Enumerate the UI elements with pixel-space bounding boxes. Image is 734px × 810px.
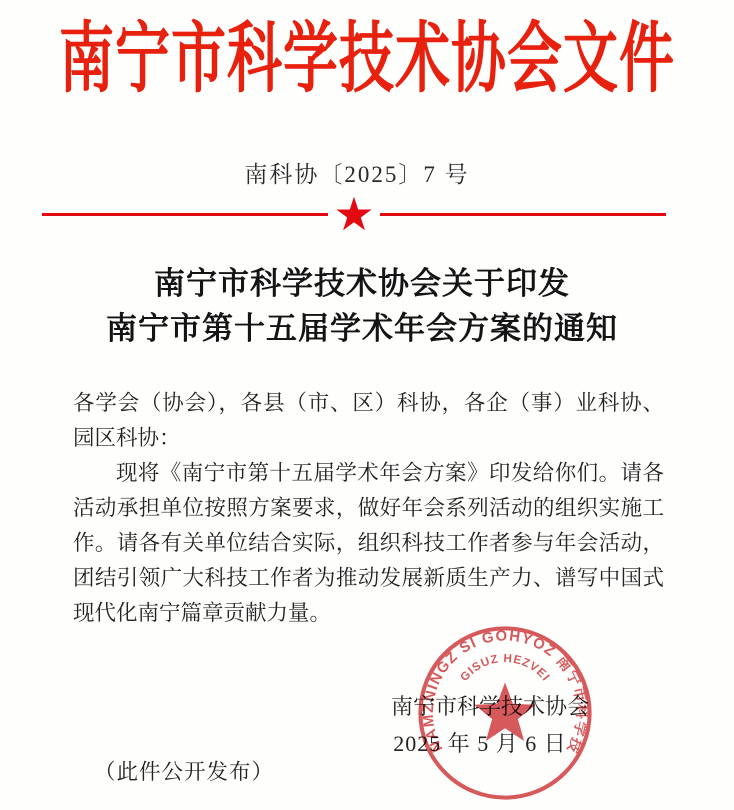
document-number: 南科协〔2025〕7 号 [0, 156, 714, 189]
letterhead-title: 南宁市科学技术协会文件 [0, 18, 734, 102]
body-line: 作。请各有关单位结合实际，组织科技工作者参与年会活动， [73, 526, 664, 561]
divider-line-left [42, 213, 328, 216]
divider-line-right [380, 213, 666, 216]
seal-inner-ring-text: GISUZ HEZVEI [458, 652, 553, 684]
body-line: 活动承担单位按照方案要求，做好年会系列活动的组织实施工 [73, 491, 664, 526]
body-line: 现代化南宁篇章贡献力量。 [73, 596, 664, 631]
document-body: 各学会（协会），各县（市、区）科协，各企（事）业科协、 园区科协： 现将《南宁市… [73, 386, 664, 631]
scanned-official-document: 南宁市科学技术协会文件 南科协〔2025〕7 号 ★ 南宁市科学技术协会关于印发… [0, 0, 734, 810]
document-title-line2: 南宁市第十五届学术年会方案的通知 [0, 306, 724, 351]
document-title: 南宁市科学技术协会关于印发 南宁市第十五届学术年会方案的通知 [0, 261, 724, 351]
body-line: 团结引领广大科技工作者为推动发展新质生产力、谱写中国式 [73, 561, 664, 596]
red-divider: ★ [42, 190, 666, 238]
signature-date: 2025 年 5 月 6 日 [340, 727, 620, 758]
svg-text:GISUZ HEZVEI: GISUZ HEZVEI [458, 652, 553, 684]
salutation-line: 各学会（协会），各县（市、区）科协，各企（事）业科协、 [73, 386, 664, 421]
salutation-line: 园区科协： [73, 421, 664, 456]
red-star-icon: ★ [333, 192, 374, 238]
document-title-line1: 南宁市科学技术协会关于印发 [0, 261, 724, 306]
body-line: 现将《南宁市第十五届学术年会方案》印发给你们。请各 [73, 456, 664, 491]
public-release-note: （此件公开发布） [94, 755, 274, 786]
signature-org: 南宁市科学技术协会 [340, 690, 640, 721]
